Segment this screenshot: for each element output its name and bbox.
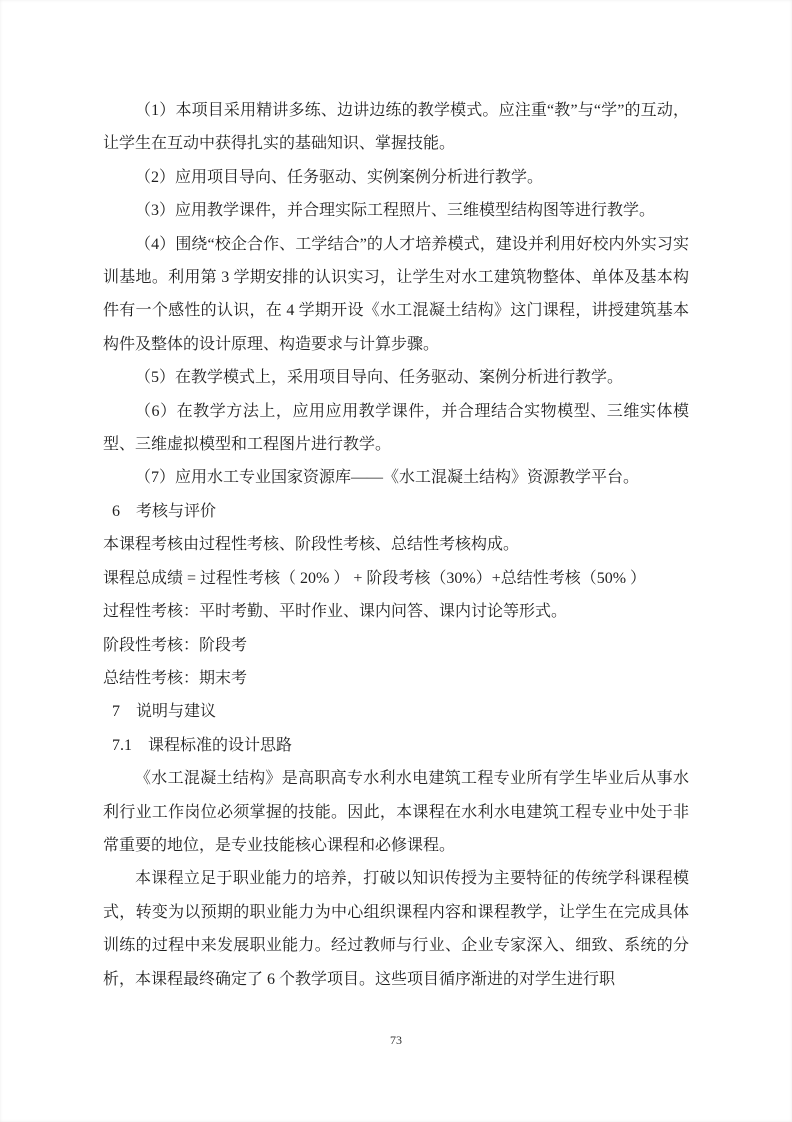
subsection-heading-design: 7.1 课程标准的设计思路 xyxy=(103,729,689,762)
stage-assessment-line: 阶段性考核：阶段考 xyxy=(103,629,689,662)
teaching-method-item-1: （1）本项目采用精讲多练、边讲边练的教学模式。应注重“教”与“学”的互动，让学生… xyxy=(103,94,689,161)
teaching-method-item-7: （7）应用水工专业国家资源库——《水工混凝土结构》资源教学平台。 xyxy=(103,461,689,494)
assessment-composition-line: 本课程考核由过程性考核、阶段性考核、总结性考核构成。 xyxy=(103,528,689,561)
document-body: （1）本项目采用精讲多练、边讲边练的教学模式。应注重“教”与“学”的互动，让学生… xyxy=(103,94,689,996)
teaching-method-item-4: （4）围绕“校企合作、工学结合”的人才培养模式，建设并利用好校内外实习实训基地。… xyxy=(103,228,689,362)
document-page: （1）本项目采用精讲多练、边讲边练的教学模式。应注重“教”与“学”的互动，让学生… xyxy=(0,0,792,1122)
grade-formula-line: 课程总成绩 = 过程性考核（ 20% ） + 阶段考核（30%）+总结性考核（5… xyxy=(103,562,689,595)
section-heading-assessment: 6 考核与评价 xyxy=(103,495,689,528)
teaching-method-item-2: （2）应用项目导向、任务驱动、实例案例分析进行教学。 xyxy=(103,161,689,194)
process-assessment-line: 过程性考核：平时考勤、平时作业、课内问答、课内讨论等形式。 xyxy=(103,595,689,628)
course-position-paragraph: 《水工混凝土结构》是高职高专水利水电建筑工程专业所有学生毕业后从事水利行业工作岗… xyxy=(103,762,689,862)
summative-assessment-line: 总结性考核：期末考 xyxy=(103,662,689,695)
teaching-method-item-6: （6）在教学方法上，应用应用教学课件，并合理结合实物模型、三维实体模型、三维虚拟… xyxy=(103,395,689,462)
course-design-paragraph: 本课程立足于职业能力的培养，打破以知识传授为主要特征的传统学科课程模式，转变为以… xyxy=(103,862,689,996)
section-heading-notes: 7 说明与建议 xyxy=(103,695,689,728)
teaching-method-item-5: （5）在教学模式上，采用项目导向、任务驱动、案例分析进行教学。 xyxy=(103,361,689,394)
page-number: 73 xyxy=(0,1032,792,1048)
teaching-method-item-3: （3）应用教学课件，并合理实际工程照片、三维模型结构图等进行教学。 xyxy=(103,194,689,227)
